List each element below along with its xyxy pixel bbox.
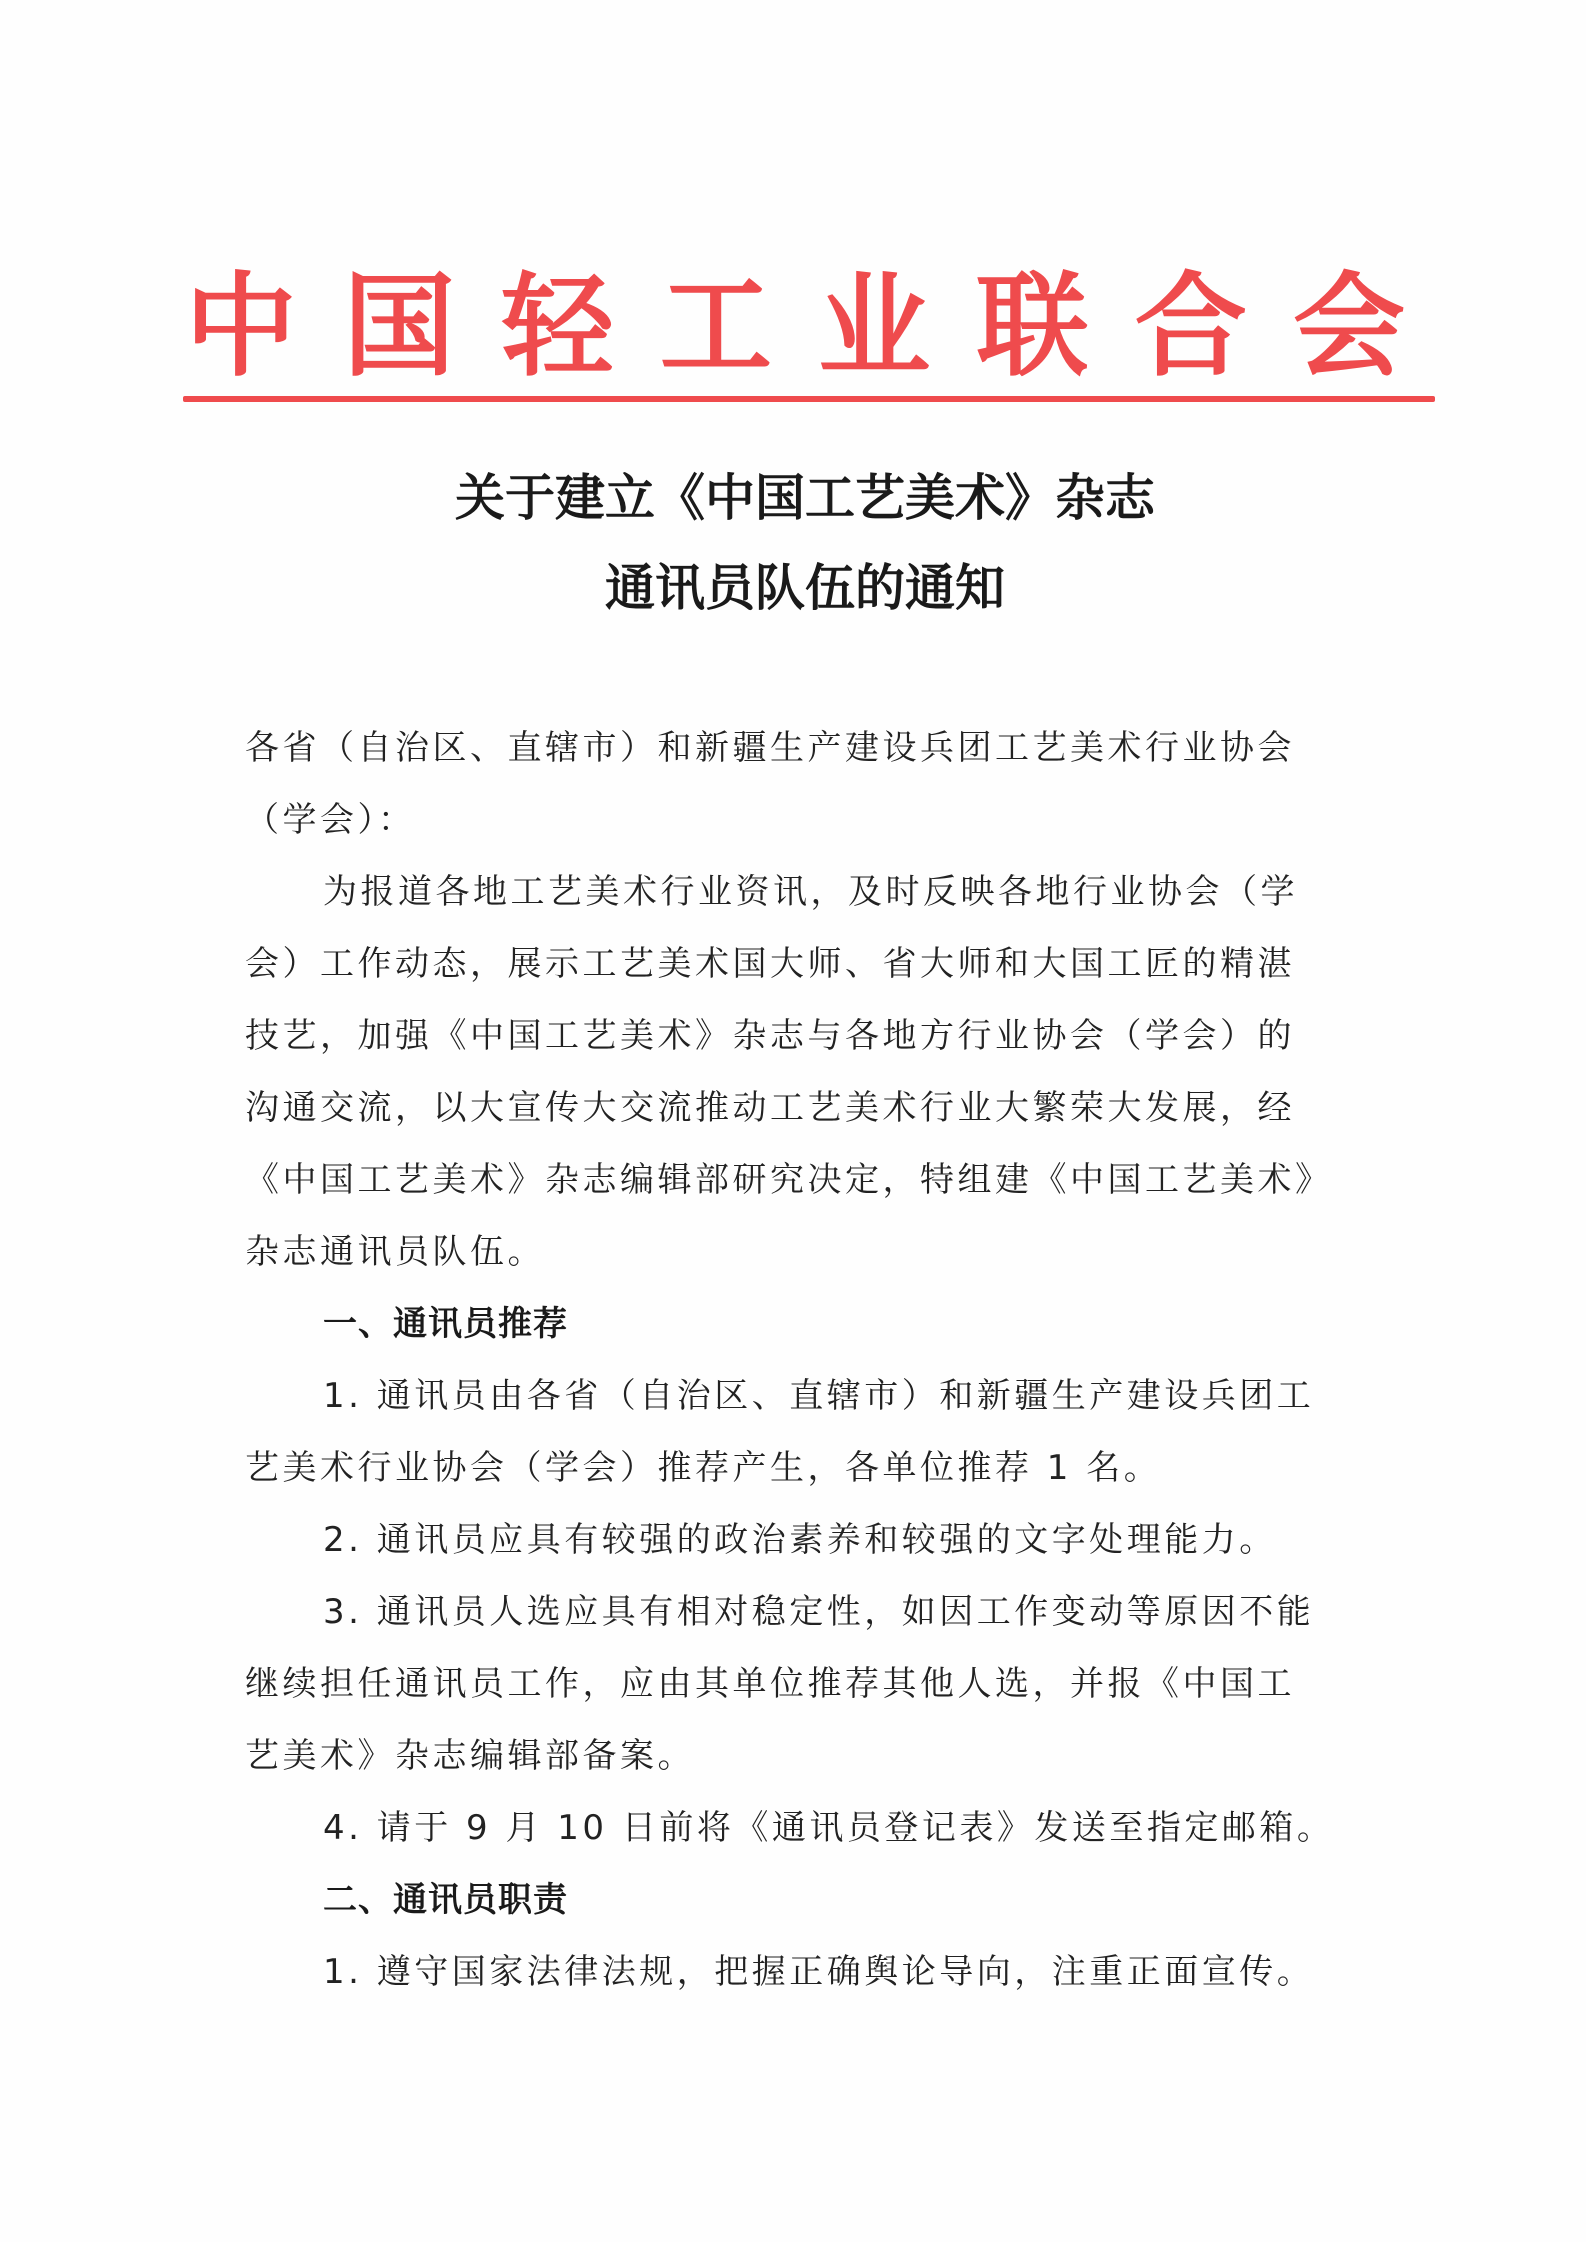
list-item-line: 4. 请于 9 月 10 日前将《通讯员登记表》发送至指定邮箱。 (245, 1792, 1355, 1864)
section-heading-recommendation: 一、通讯员推荐 (245, 1288, 1355, 1360)
intro-line: 技艺，加强《中国工艺美术》杂志与各地方行业协会（学会）的 (245, 1000, 1355, 1072)
section-heading-duties: 二、通讯员职责 (245, 1864, 1355, 1936)
list-item-line: 艺美术》杂志编辑部备案。 (245, 1720, 1355, 1792)
letterhead: 中 国 轻 工 业 联 合 会 (185, 262, 1405, 392)
letterhead-char: 国 (343, 262, 455, 392)
intro-line: 沟通交流，以大宣传大交流推动工艺美术行业大繁荣大发展，经 (245, 1072, 1355, 1144)
list-item-line: 继续担任通讯员工作，应由其单位推荐其他人选，并报《中国工 (245, 1648, 1355, 1720)
document-page: 中 国 轻 工 业 联 合 会 关于建立《中国工艺美术》杂志 通讯员队伍的通知 … (0, 0, 1586, 2242)
letterhead-char: 联 (976, 262, 1088, 392)
letterhead-char: 轻 (502, 262, 614, 392)
salutation-line: 各省（自治区、直辖市）和新疆生产建设兵团工艺美术行业协会 (245, 712, 1355, 784)
intro-line: 《中国工艺美术》杂志编辑部研究决定，特组建《中国工艺美术》 (245, 1144, 1355, 1216)
letterhead-char: 业 (818, 262, 930, 392)
letterhead-char: 会 (1293, 262, 1405, 392)
letterhead-divider (183, 396, 1435, 402)
letterhead-char: 中 (185, 262, 297, 392)
list-item-line: 1. 通讯员由各省（自治区、直辖市）和新疆生产建设兵团工 (245, 1360, 1355, 1432)
intro-line: 杂志通讯员队伍。 (245, 1216, 1355, 1288)
letterhead-char: 合 (1135, 262, 1247, 392)
list-item-line: 艺美术行业协会（学会）推荐产生，各单位推荐 1 名。 (245, 1432, 1355, 1504)
letterhead-char: 工 (660, 262, 772, 392)
list-item-line: 2. 通讯员应具有较强的政治素养和较强的文字处理能力。 (245, 1504, 1355, 1576)
document-title-line-2: 通讯员队伍的通知 (12, 558, 1586, 618)
salutation-line: （学会）： (245, 784, 1355, 856)
intro-line: 为报道各地工艺美术行业资讯，及时反映各地行业协会（学 (245, 856, 1355, 928)
list-item-line: 1. 遵守国家法律法规，把握正确舆论导向，注重正面宣传。 (245, 1936, 1355, 2008)
intro-line: 会）工作动态，展示工艺美术国大师、省大师和大国工匠的精湛 (245, 928, 1355, 1000)
list-item-line: 3. 通讯员人选应具有相对稳定性，如因工作变动等原因不能 (245, 1576, 1355, 1648)
document-body: 各省（自治区、直辖市）和新疆生产建设兵团工艺美术行业协会 （学会）： 为报道各地… (245, 712, 1355, 2008)
document-title-line-1: 关于建立《中国工艺美术》杂志 (12, 468, 1586, 528)
